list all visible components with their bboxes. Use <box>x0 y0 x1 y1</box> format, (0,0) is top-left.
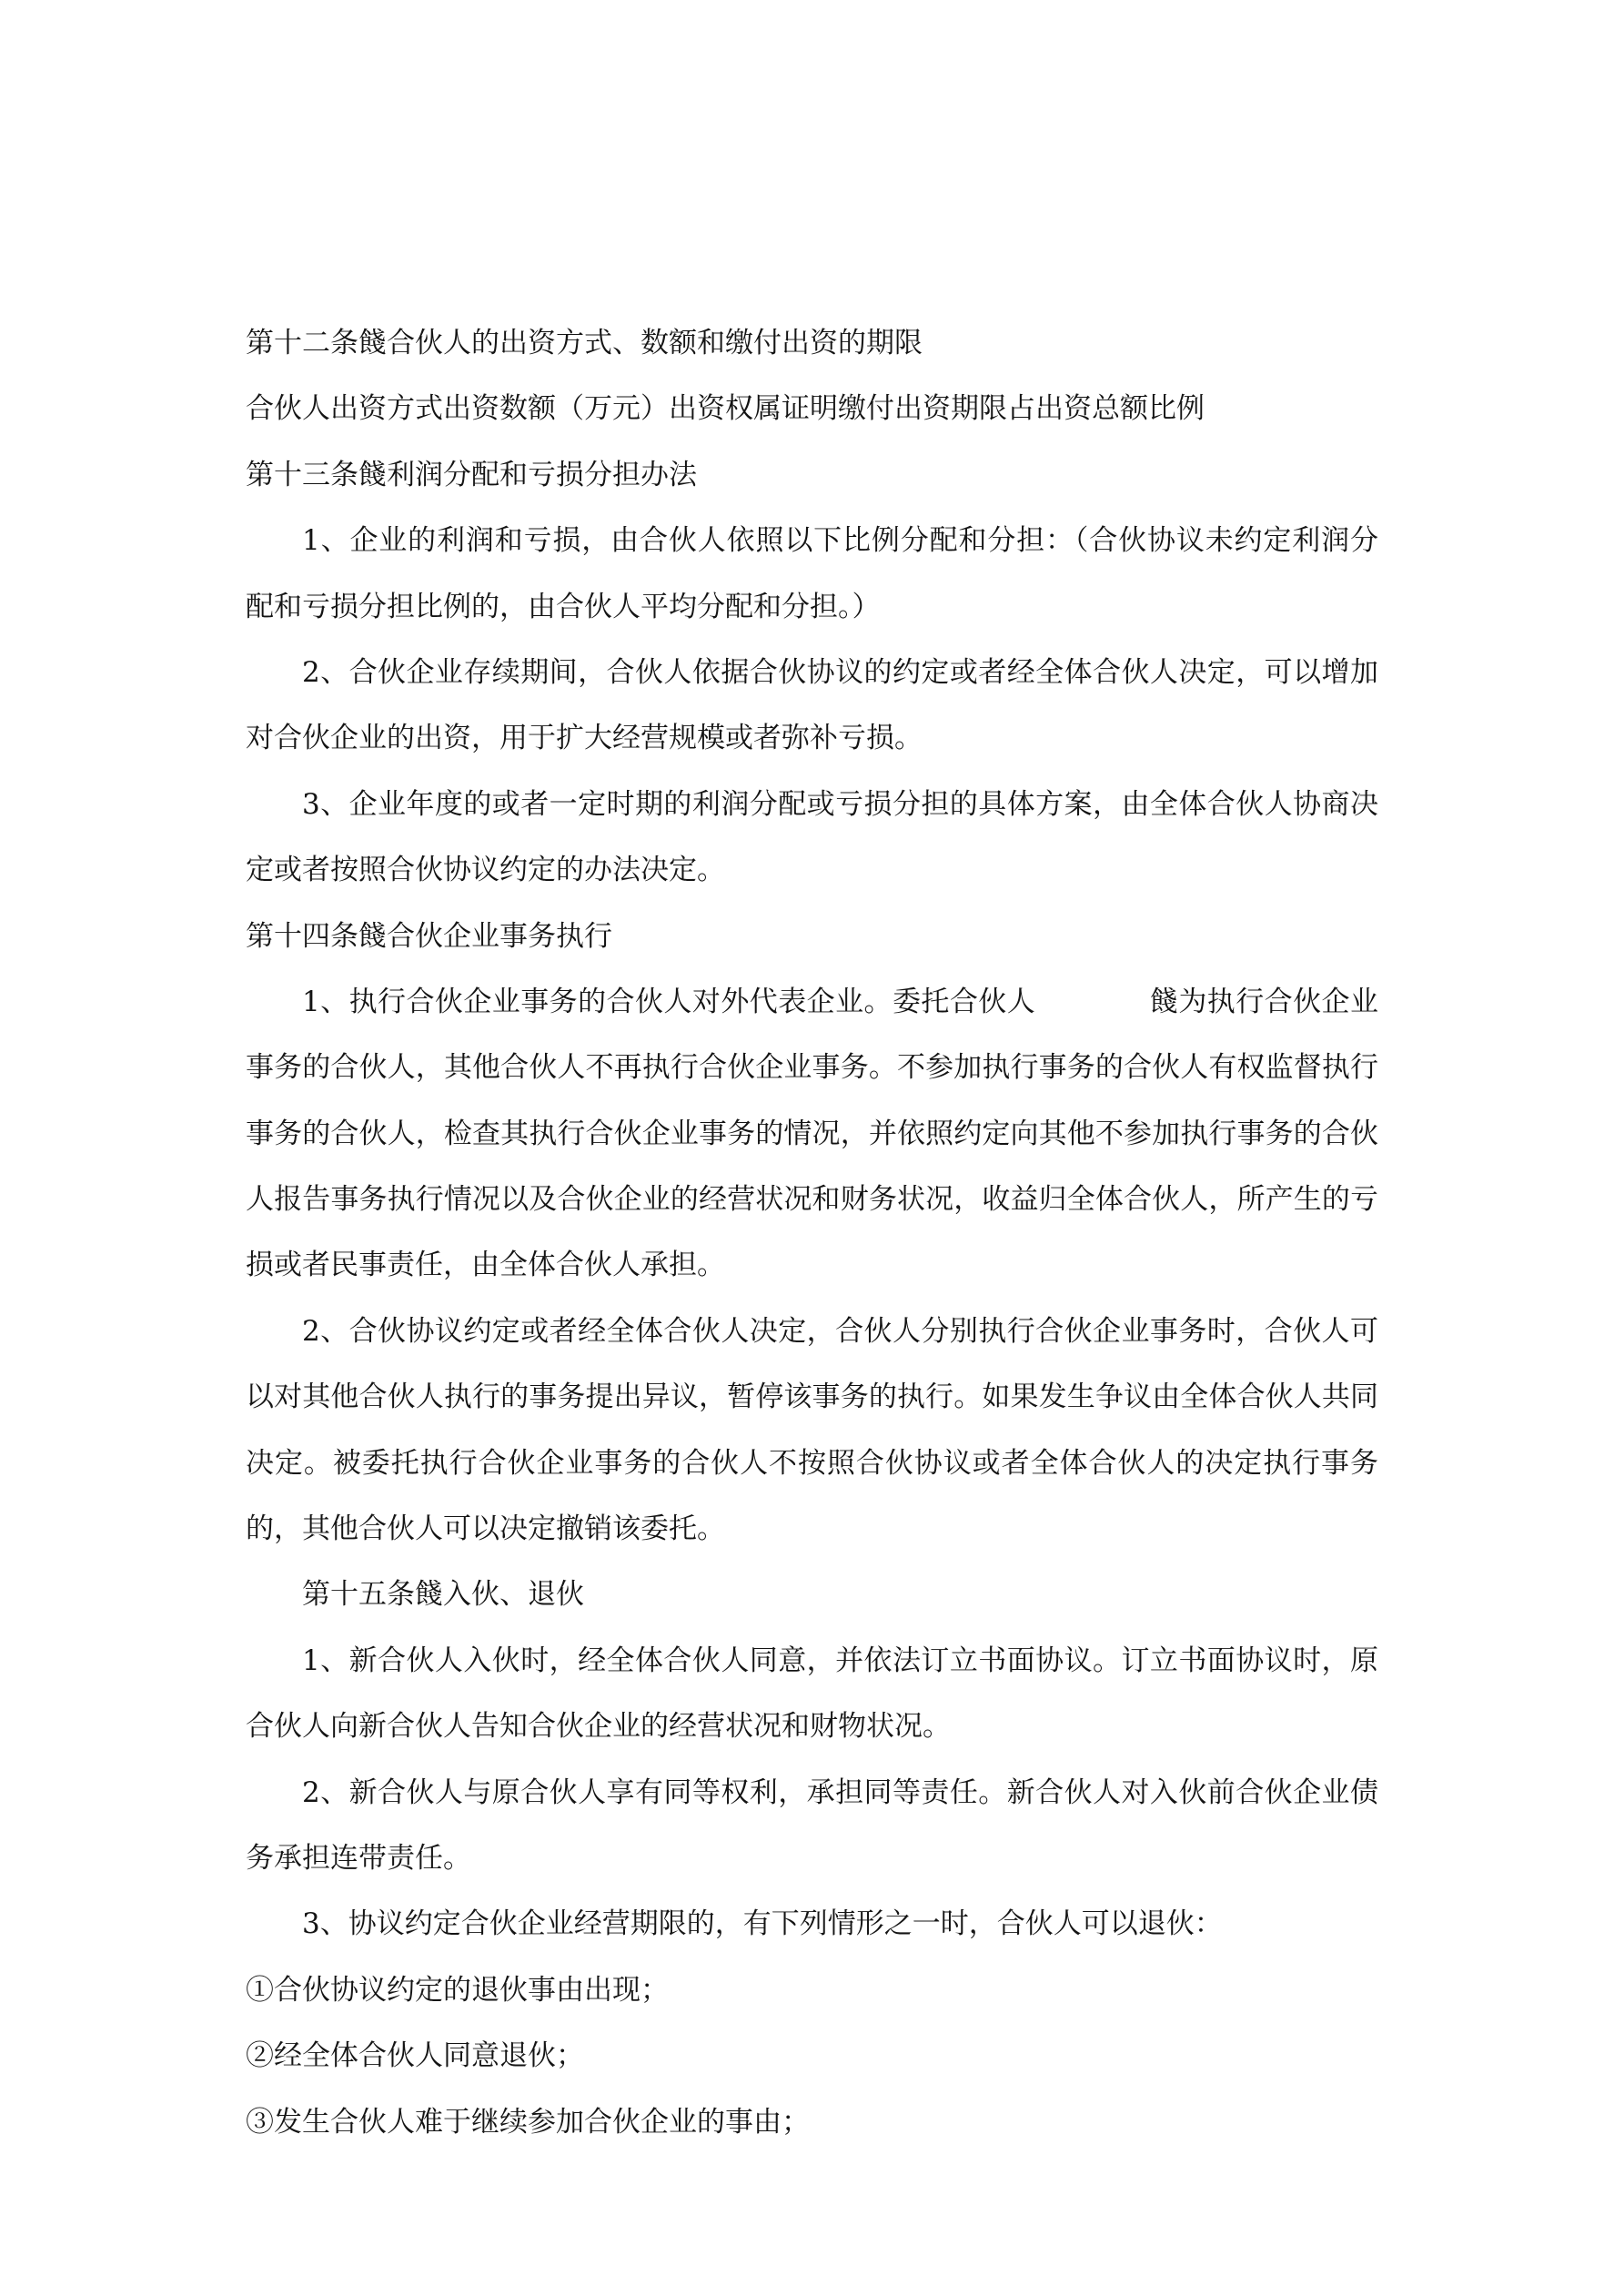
document-line: 第十三条餞利润分配和亏损分担办法 <box>246 442 1378 508</box>
document-line: ③发生合伙人难于继续参加合伙企业的事由； <box>246 2089 1378 2155</box>
document-line: 对合伙企业的出资，用于扩大经营规模或者弥补亏损。 <box>246 705 1378 771</box>
document-line: 合伙人出资方式出资数额（万元）出资权属证明缴付出资期限占出资总额比例 <box>246 376 1378 441</box>
document-line: 决定。被委托执行合伙企业事务的合伙人不按照合伙协议或者全体合伙人的决定执行事务 <box>246 1431 1378 1496</box>
document-line: 事务的合伙人，其他合伙人不再执行合伙企业事务。不参加执行事务的合伙人有权监督执行 <box>246 1035 1378 1100</box>
document-line: 配和亏损分担比例的，由合伙人平均分配和分担。） <box>246 574 1378 640</box>
document-line: 损或者民事责任，由全体合伙人承担。 <box>246 1232 1378 1298</box>
document-line: 3、协议约定合伙企业经营期限的，有下列情形之一时，合伙人可以退伙： <box>246 1891 1378 1957</box>
document-line: 务承担连带责任。 <box>246 1826 1378 1891</box>
document-line: 合伙人向新合伙人告知合伙企业的经营状况和财物状况。 <box>246 1694 1378 1759</box>
document-line: 第十二条餞合伙人的出资方式、数额和缴付出资的期限 <box>246 310 1378 376</box>
document-line: 人报告事务执行情况以及合伙企业的经营状况和财务状况，收益归全体合伙人，所产生的亏 <box>246 1167 1378 1232</box>
document-page: 第十二条餞合伙人的出资方式、数额和缴付出资的期限合伙人出资方式出资数额（万元）出… <box>0 0 1624 2296</box>
document-line: 定或者按照合伙协议约定的办法决定。 <box>246 837 1378 903</box>
document-line: 3、企业年度的或者一定时期的利润分配或亏损分担的具体方案，由全体合伙人协商决 <box>246 772 1378 837</box>
document-line: 第十五条餞入伙、退伙 <box>246 1562 1378 1627</box>
document-line: 以对其他合伙人执行的事务提出异议，暂停该事务的执行。如果发生争议由全体合伙人共同 <box>246 1364 1378 1430</box>
document-line: 2、合伙协议约定或者经全体合伙人决定，合伙人分别执行合伙企业事务时，合伙人可 <box>246 1299 1378 1364</box>
document-line: 2、合伙企业存续期间，合伙人依据合伙协议的约定或者经全体合伙人决定，可以增加 <box>246 640 1378 705</box>
document-line: 的，其他合伙人可以决定撤销该委托。 <box>246 1496 1378 1562</box>
document-line: ①合伙协议约定的退伙事由出现； <box>246 1957 1378 2023</box>
document-body: 第十二条餞合伙人的出资方式、数额和缴付出资的期限合伙人出资方式出资数额（万元）出… <box>246 310 1378 2155</box>
document-line: 2、新合伙人与原合伙人享有同等权利，承担同等责任。新合伙人对入伙前合伙企业债 <box>246 1760 1378 1826</box>
document-line: ②经全体合伙人同意退伙； <box>246 2023 1378 2089</box>
document-line: 事务的合伙人，检查其执行合伙企业事务的情况，并依照约定向其他不参加执行事务的合伙 <box>246 1101 1378 1167</box>
document-line: 1、执行合伙企业事务的合伙人对外代表企业。委托合伙人 餞为执行合伙企业 <box>246 969 1378 1035</box>
document-line: 1、新合伙人入伙时，经全体合伙人同意，并依法订立书面协议。订立书面协议时，原 <box>246 1628 1378 1694</box>
document-line: 第十四条餞合伙企业事务执行 <box>246 904 1378 969</box>
document-line: 1、企业的利润和亏损，由合伙人依照以下比例分配和分担：（合伙协议未约定利润分 <box>246 508 1378 573</box>
